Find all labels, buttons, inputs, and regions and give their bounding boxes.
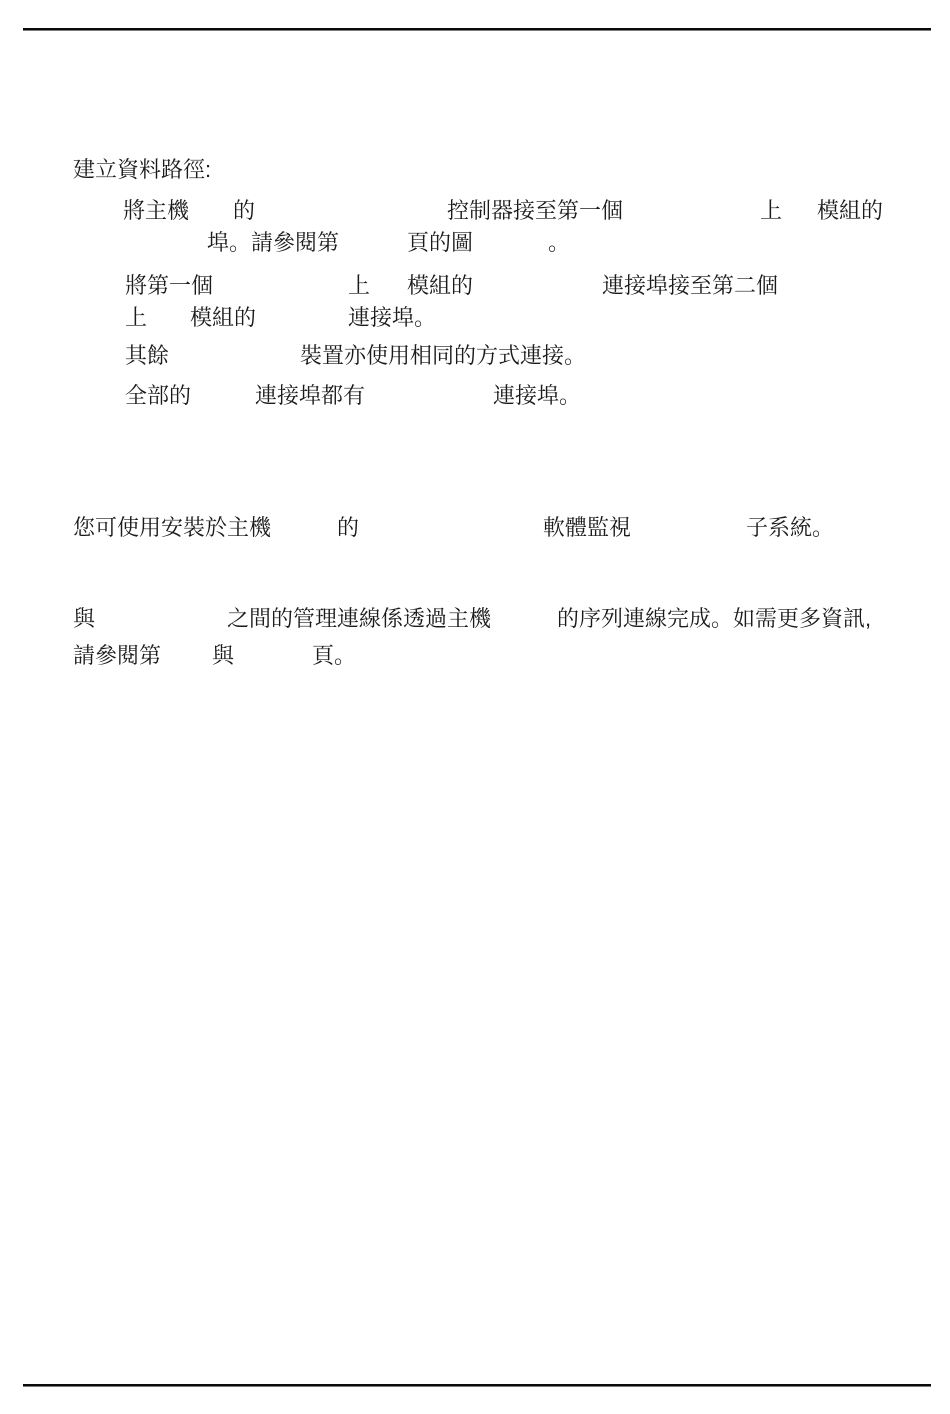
top-rule bbox=[23, 28, 931, 31]
text-segment: 頁。 bbox=[312, 644, 356, 668]
document-page: 建立資料路徑: 將主機 的 控制器接至第一個 上 模組的 埠。請參閱第 頁的圖 … bbox=[0, 0, 950, 1414]
text-segment: 與 bbox=[73, 607, 95, 631]
text-segment: 子系統。 bbox=[746, 516, 834, 540]
text-segment: 模組的 bbox=[817, 199, 883, 223]
text-segment: 埠。請參閱第 bbox=[207, 231, 339, 255]
text-segment: 上 bbox=[760, 199, 782, 223]
text-segment: 的 bbox=[337, 516, 359, 540]
bottom-rule bbox=[23, 1384, 931, 1387]
text-segment: 裝置亦使用相同的方式連接。 bbox=[300, 344, 586, 368]
text-segment: 軟體監視 bbox=[543, 516, 631, 540]
text-segment: 的 bbox=[233, 199, 255, 223]
text-segment: 上 bbox=[125, 306, 147, 330]
text-segment: 連接埠。 bbox=[493, 384, 581, 408]
text-segment: 其餘 bbox=[125, 344, 169, 368]
text-segment: 您可使用安裝於主機 bbox=[73, 516, 271, 540]
text-segment: 請參閱第 bbox=[73, 644, 161, 668]
text-segment: 全部的 bbox=[125, 384, 191, 408]
text-segment: 與 bbox=[212, 644, 234, 668]
text-segment: 之間的管理連線係透過主機 bbox=[227, 607, 491, 631]
section-heading: 建立資料路徑: bbox=[73, 158, 211, 182]
text-segment: 頁的圖 bbox=[407, 231, 473, 255]
text-segment: 控制器接至第一個 bbox=[447, 199, 623, 223]
text-segment: 將主機 bbox=[123, 199, 189, 223]
text-segment: 。 bbox=[548, 231, 570, 255]
text-segment: 模組的 bbox=[190, 306, 256, 330]
text-segment: 連接埠接至第二個 bbox=[602, 274, 778, 298]
text-segment: 將第一個 bbox=[125, 274, 213, 298]
text-segment: 模組的 bbox=[407, 274, 473, 298]
text-segment: 上 bbox=[348, 274, 370, 298]
text-segment: 連接埠。 bbox=[348, 306, 436, 330]
text-segment: 的序列連線完成。如需更多資訊, bbox=[557, 607, 871, 631]
text-segment: 連接埠都有 bbox=[255, 384, 365, 408]
